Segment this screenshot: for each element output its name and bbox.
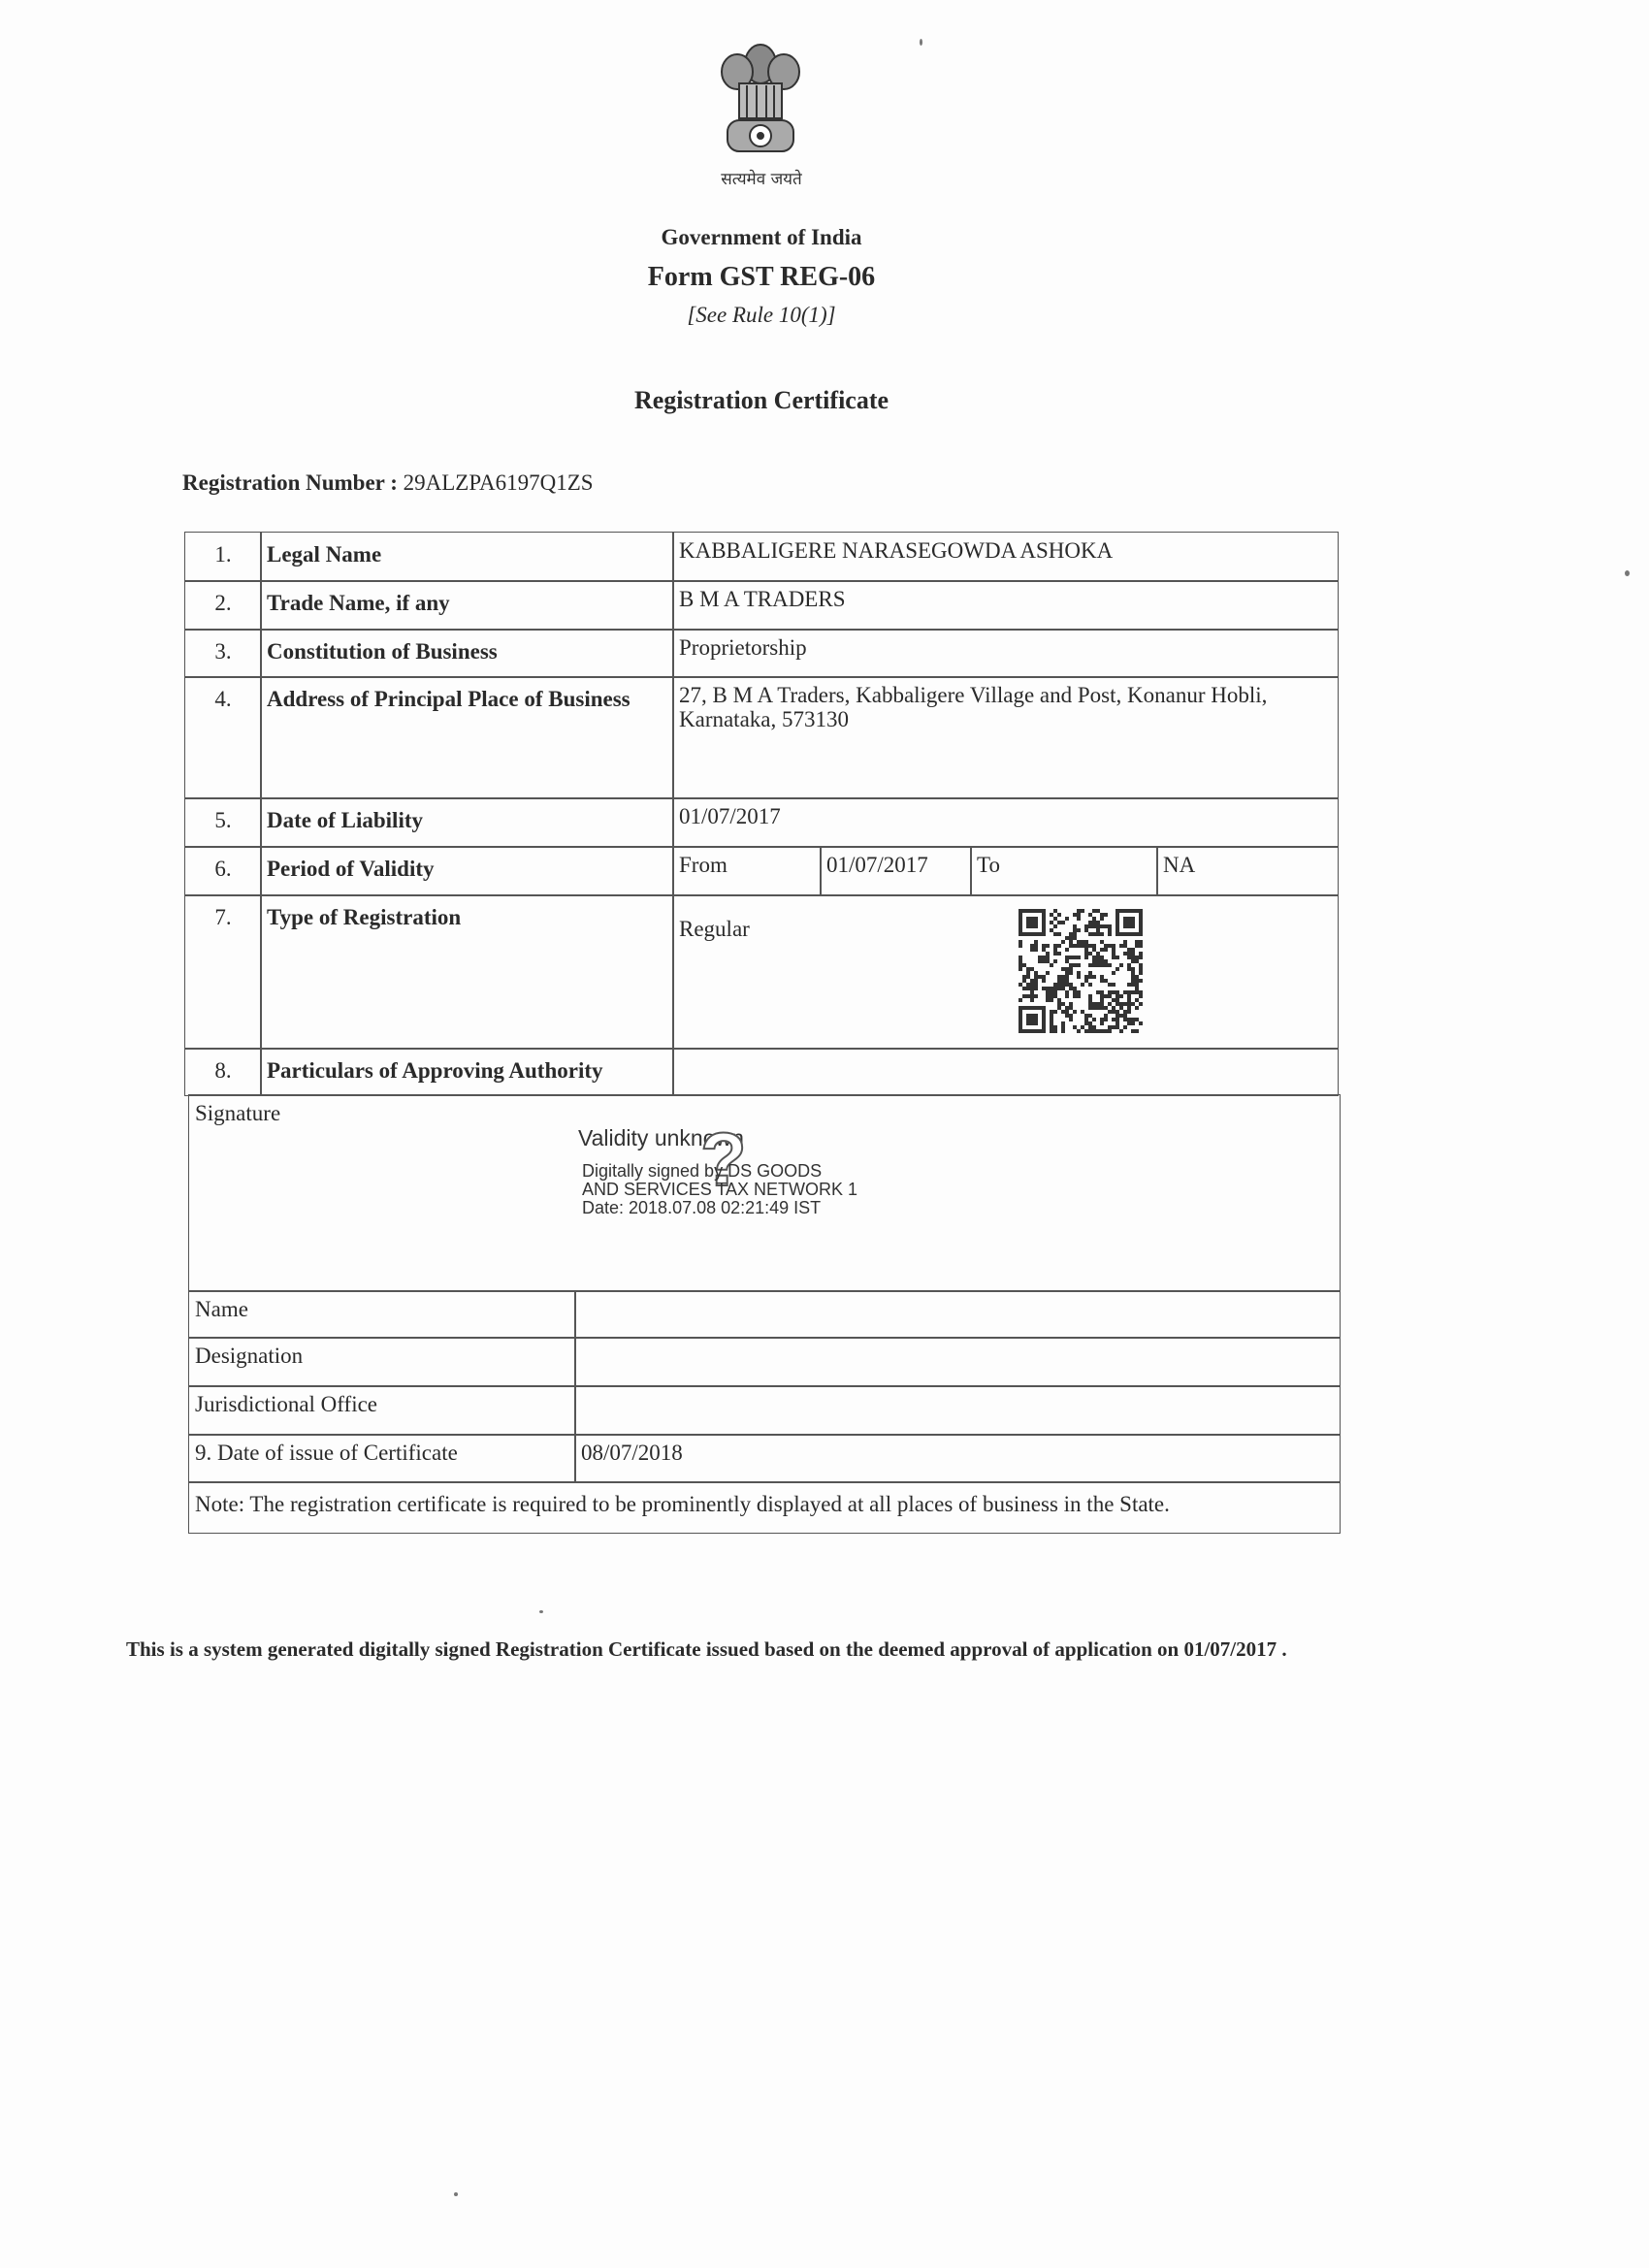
system-generated-footer: This is a system generated digitally sig… bbox=[126, 1637, 1287, 1662]
scan-speck bbox=[454, 2192, 458, 2196]
row-number: 5. bbox=[184, 797, 262, 848]
government-heading: Government of India bbox=[0, 225, 1523, 250]
row-label-address: Address of Principal Place of Business bbox=[260, 676, 674, 799]
row-number: 1. bbox=[184, 532, 262, 582]
approving-authority-value bbox=[672, 1048, 1339, 1096]
registration-number: Registration Number : 29ALZPA6197Q1ZS bbox=[182, 470, 594, 496]
authority-name-value bbox=[574, 1290, 1341, 1339]
scan-speck bbox=[1625, 570, 1630, 576]
address-value: 27, B M A Traders, Kabbaligere Village a… bbox=[672, 676, 1339, 799]
trade-name-value: B M A TRADERS bbox=[672, 580, 1339, 631]
digital-signature-details: Digitally signed by DS GOODS AND SERVICE… bbox=[582, 1162, 857, 1217]
legal-name-value: KABBALIGERE NARASEGOWDA ASHOKA bbox=[672, 532, 1339, 582]
authority-designation-label: Designation bbox=[188, 1337, 576, 1387]
signature-date: Date: 2018.07.08 02:21:49 IST bbox=[582, 1199, 857, 1217]
row-number: 6. bbox=[184, 846, 262, 896]
date-of-liability-value: 01/07/2017 bbox=[672, 797, 1339, 848]
row-number: 4. bbox=[184, 676, 262, 799]
row-label-approving-authority: Particulars of Approving Authority bbox=[260, 1048, 674, 1096]
form-title: Form GST REG-06 bbox=[0, 262, 1523, 293]
scan-speck bbox=[539, 1610, 543, 1613]
row-label-trade-name: Trade Name, if any bbox=[260, 580, 674, 631]
validity-from-label: From bbox=[672, 846, 822, 896]
row-label-constitution: Constitution of Business bbox=[260, 629, 674, 678]
row-label-type-of-registration: Type of Registration bbox=[260, 894, 674, 1050]
signature-signed-by: Digitally signed by DS GOODS bbox=[582, 1162, 857, 1181]
authority-designation-value bbox=[574, 1337, 1341, 1387]
registration-number-label: Registration Number : bbox=[182, 470, 398, 495]
validity-from-date: 01/07/2017 bbox=[820, 846, 972, 896]
row-label-legal-name: Legal Name bbox=[260, 532, 674, 582]
rule-reference: [See Rule 10(1)] bbox=[0, 303, 1523, 328]
registration-type-value: Regular bbox=[672, 894, 1339, 1050]
row-label-period-of-validity: Period of Validity bbox=[260, 846, 674, 896]
validity-to-date: NA bbox=[1156, 846, 1339, 896]
constitution-value: Proprietorship bbox=[672, 629, 1339, 678]
jurisdictional-office-label: Jurisdictional Office bbox=[188, 1385, 576, 1436]
authority-name-label: Name bbox=[188, 1290, 576, 1339]
row-number: 7. bbox=[184, 894, 262, 1050]
national-emblem-icon bbox=[714, 35, 807, 163]
jurisdictional-office-value bbox=[574, 1385, 1341, 1436]
signature-label: Signature bbox=[195, 1101, 1334, 1125]
row-number: 2. bbox=[184, 580, 262, 631]
scan-speck bbox=[920, 39, 922, 46]
signature-signed-by-org: AND SERVICES TAX NETWORK 1 bbox=[582, 1181, 857, 1199]
date-of-issue-value: 08/07/2018 bbox=[574, 1434, 1341, 1483]
registration-number-value: 29ALZPA6197Q1ZS bbox=[404, 470, 594, 495]
validity-to-label: To bbox=[970, 846, 1158, 896]
qr-code-icon bbox=[1018, 906, 1143, 1036]
row-label-date-of-liability: Date of Liability bbox=[260, 797, 674, 848]
row-number: 8. bbox=[184, 1048, 262, 1096]
display-note: Note: The registration certificate is re… bbox=[188, 1481, 1341, 1534]
row-number: 3. bbox=[184, 629, 262, 678]
date-of-issue-label: 9. Date of issue of Certificate bbox=[188, 1434, 576, 1483]
certificate-title: Registration Certificate bbox=[0, 386, 1523, 415]
emblem-motto: सत्यमेव जयते bbox=[679, 167, 844, 189]
